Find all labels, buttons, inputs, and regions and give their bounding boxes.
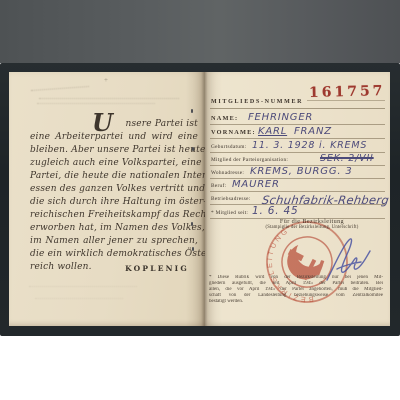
photo-background — [0, 0, 400, 63]
quote-line: reichischen Freiheitskampf das Recht — [30, 209, 198, 222]
field-label: Wohnadresse: — [211, 170, 244, 176]
left-page: + U nsere Partei ist eine Arbeiterpartei… — [9, 72, 205, 326]
quote-line: essen des ganzen Volkes vertritt und — [30, 183, 198, 196]
screenshot: + U nsere Partei ist eine Arbeiterpartei… — [0, 0, 400, 400]
staple — [192, 247, 194, 251]
field-label: * Mitglied seit: — [211, 210, 248, 216]
field-row-address: Wohnadresse: KREMS, BURGG. 3 — [210, 165, 385, 179]
field-row-birthdate: Geburtsdatum: 11. 3. 1928 i. KREMS — [210, 138, 385, 153]
field-value-handwritten: KREMS, BURGG. 3 — [250, 166, 353, 177]
field-value-handwritten: MAURER — [232, 179, 280, 190]
bleedthrough-mark — [31, 86, 89, 91]
quote-line: eine Arbeiterpartei und wird eine — [30, 131, 198, 144]
field-label: NAME: — [211, 115, 238, 122]
party-quote: U nsere Partei ist eine Arbeiterpartei u… — [30, 118, 198, 274]
bleedthrough-mark — [39, 98, 179, 99]
field-row-profession: Beruf: MAURER — [210, 178, 385, 192]
field-value-handwritten: FEHRINGER — [248, 112, 313, 123]
field-label: Geburtsdatum: — [211, 144, 246, 150]
bleedthrough-mark — [35, 298, 123, 299]
right-page: MITGLIEDS-NUMMER 161757 NAME: FEHRINGER … — [205, 72, 390, 326]
member-number-stamp: 161757 — [308, 83, 385, 101]
staple — [191, 109, 193, 113]
footnote-line: bestätigt werden. — [209, 299, 383, 305]
member-number-label: MITGLIEDS-NUMMER — [211, 99, 303, 105]
field-value-handwritten-struck: SEK. 2/VII — [320, 153, 374, 164]
field-label: Betriebsadresse: — [211, 196, 251, 202]
quote-line: die sich durch ihre Haltung im öster- — [30, 196, 198, 209]
staple — [191, 222, 193, 226]
field-value-handwritten: FRANZ — [294, 126, 332, 137]
footnote-text: * Diese Rubrik wird von der Bezirksleitu… — [209, 275, 383, 305]
drop-cap-initial: U — [92, 114, 113, 132]
quote-author: KOPLENIG — [125, 264, 189, 273]
field-row-name: NAME: FEHRINGER — [210, 108, 385, 125]
quote-line: Partei, die heute die nationalen Inter- — [30, 170, 198, 183]
field-label: Beruf: — [211, 183, 226, 189]
field-label: Mitglied der Parteiorganisation: — [211, 157, 288, 163]
field-value-handwritten: 11. 3. 1928 i. KREMS — [252, 140, 367, 151]
quote-line: U nsere Partei ist — [30, 118, 198, 131]
field-value-handwritten: KARL — [258, 126, 287, 137]
quote-line: die ein wirklich demokratisches Öster- — [30, 248, 198, 261]
bleedthrough-mark — [37, 103, 155, 104]
membership-booklet-photo: + U nsere Partei ist eine Arbeiterpartei… — [0, 63, 400, 336]
field-label: VORNAME: — [211, 129, 256, 136]
field-row-party-organisation: Mitglied der Parteiorganisation: SEK. 2/… — [210, 152, 385, 166]
bleedthrough-mark — [29, 286, 137, 287]
registration-cross-mark: + — [104, 76, 108, 84]
field-row-vorname: VORNAME: KARL FRANZ — [210, 124, 385, 139]
member-number-row: MITGLIEDS-NUMMER 161757 — [210, 86, 385, 109]
field-row-workplace: Betriebsadresse: Schuhfabrik-Rehberg — [210, 191, 385, 205]
quote-line: erworben hat, im Namen des Volkes, — [30, 222, 198, 235]
quote-line: zugleich auch eine Volkspartei, eine — [30, 157, 198, 170]
ruled-line — [307, 100, 385, 101]
quote-line: im Namen aller jener zu sprechen, — [30, 235, 198, 248]
staple — [192, 147, 194, 151]
quote-line: bleiben. Aber unsere Partei ist heute — [30, 144, 198, 157]
